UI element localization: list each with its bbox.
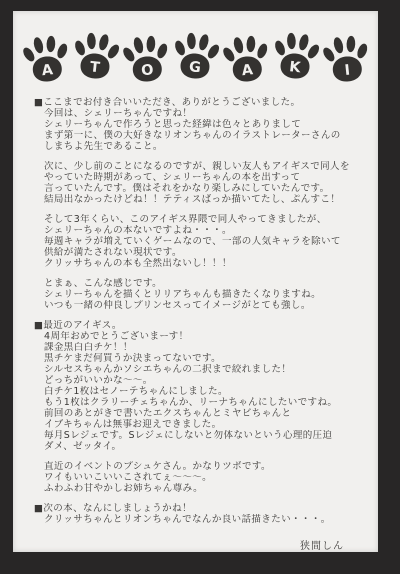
text-line: ■ここまでお付き合いいただき、ありがとうございました。 <box>34 97 372 108</box>
signature: 狭間しん <box>13 537 378 552</box>
text-line: ふわふわ甘やかしお姉ちゃん尊み。 <box>44 483 372 494</box>
text-line: 黒チケまだ何買うか決まってないです。 <box>44 353 372 364</box>
paragraph: とまぁ、こんな感じです。シェリーちゃんを描くとリリアちゃんも描きたくなりますね。… <box>34 278 372 311</box>
svg-text:K: K <box>288 59 302 76</box>
text-line: シェリーちゃんを描くとリリアちゃんも描きたくなりますね。 <box>44 289 372 300</box>
text-line: 直近のイベントのプシュケさん。かなりツボです。 <box>44 461 372 472</box>
text-line: いつも一緒の仲良しプリンセスってイメージがとても強し。 <box>44 300 372 311</box>
text-line: どっちがいいかな～～。 <box>44 375 372 386</box>
afterword-body: ■ここまでお付き合いいただき、ありがとうございました。今回は、シェリーちゃんです… <box>13 86 378 525</box>
text-line: 4周年おめでとうございまーす！ <box>44 331 372 342</box>
text-line: ■次の本、なんにしましょうかね！ <box>34 503 372 514</box>
text-line: もう1枚はクラリーチェちゃんか、リーナちゃんにしたいですね。 <box>44 397 372 408</box>
text-line: クリッサちゃんの本も全然出ないし！！！ <box>44 258 372 269</box>
atogaki-title: ATOGAKI <box>13 26 378 86</box>
scan-border-frame: ATOGAKI ■ここまでお付き合いいただき、ありがとうございました。今回は、シ… <box>0 0 400 574</box>
paw-print-icon: O <box>119 27 173 90</box>
text-line: やっていた時期があって、シェリーちゃんの本を出すって <box>44 172 372 183</box>
text-line: 課金黒白白チケ！！ <box>44 342 372 353</box>
text-line: 言っていたんです。僕はそれをかなり楽しみにしていたんです。 <box>44 183 372 194</box>
text-line: シェリーちゃんの本ないですよね・・・。 <box>44 225 372 236</box>
paragraph: ■次の本、なんにしましょうかね！クリッサちゃんとリオンちゃんでなんか良い話描きた… <box>34 503 372 525</box>
paragraph: ■最近のアイギス。4周年おめでとうございまーす！課金黒白白チケ！！黒チケまだ何買… <box>34 320 372 452</box>
paw-print-icon: I <box>319 27 373 90</box>
text-line: クリッサちゃんとリオンちゃんでなんか良い話描きたい・・・。 <box>44 514 372 525</box>
text-line: 毎週キャラが増えていくゲームなので、一部の人気キャラを除いて <box>44 236 372 247</box>
text-line: 毎月Sレジェです。Sレジェにしないと勿体ないという心理的圧迫 <box>44 430 372 441</box>
svg-text:T: T <box>89 59 101 76</box>
text-line: 結局出なかったけどね！！テティスばっか描いてたし、ぷんすこ！ <box>44 194 372 205</box>
paragraph: そして3年くらい、このアイギス界隈で同人やってきましたが、シェリーちゃんの本ない… <box>34 214 372 269</box>
text-line: シルセスちゃんかソシエちゃんの二択まで絞れました！ <box>44 364 372 375</box>
text-line: しまちよ先生であること。 <box>44 141 372 152</box>
text-line: 前回のあとがきで書いたエクスちゃんとミヤビちゃんと <box>44 408 372 419</box>
text-line: 供給が満たされない現状です。 <box>44 247 372 258</box>
text-line: 次に、少し前のことになるのですが、親しい友人もアイギスで同人を <box>44 161 372 172</box>
paragraph: 直近のイベントのプシュケさん。かなりツボです。ワイもいいこいいこされてぇ～～～。… <box>34 461 372 494</box>
svg-text:G: G <box>188 59 201 76</box>
paw-print-icon: A <box>219 27 273 90</box>
paw-print-icon: K <box>269 24 323 87</box>
text-line: 白チケ1枚はセノーテちゃんにしました。 <box>44 386 372 397</box>
svg-text:O: O <box>140 62 154 79</box>
text-line: そして3年くらい、このアイギス界隈で同人やってきましたが、 <box>44 214 372 225</box>
afterword-page: ATOGAKI ■ここまでお付き合いいただき、ありがとうございました。今回は、シ… <box>13 11 378 552</box>
paw-print-icon: T <box>69 24 123 87</box>
text-line: とまぁ、こんな感じです。 <box>44 278 372 289</box>
text-line: イブキちゃんは無事お迎えできました。 <box>44 419 372 430</box>
text-line: 今回は、シェリーちゃんですね！ <box>44 108 372 119</box>
paw-print-icon: A <box>19 27 73 90</box>
text-line: シェリーちゃんで作ろうと思った経緯は色々とありまして <box>44 119 372 130</box>
paw-print-icon: G <box>169 24 223 87</box>
text-line: ワイもいいこいいこされてぇ～～～。 <box>44 472 372 483</box>
text-line: ダメ、ゼッタイ。 <box>44 441 372 452</box>
svg-text:A: A <box>241 62 255 79</box>
paragraph: ■ここまでお付き合いいただき、ありがとうございました。今回は、シェリーちゃんです… <box>34 97 372 152</box>
text-line: まず第一に、僕の大好きなリオンちゃんのイラストレーターさんの <box>44 130 372 141</box>
svg-text:A: A <box>41 62 55 79</box>
paragraph: 次に、少し前のことになるのですが、親しい友人もアイギスで同人をやっていた時期があ… <box>34 161 372 205</box>
text-line: ■最近のアイギス。 <box>34 320 372 331</box>
